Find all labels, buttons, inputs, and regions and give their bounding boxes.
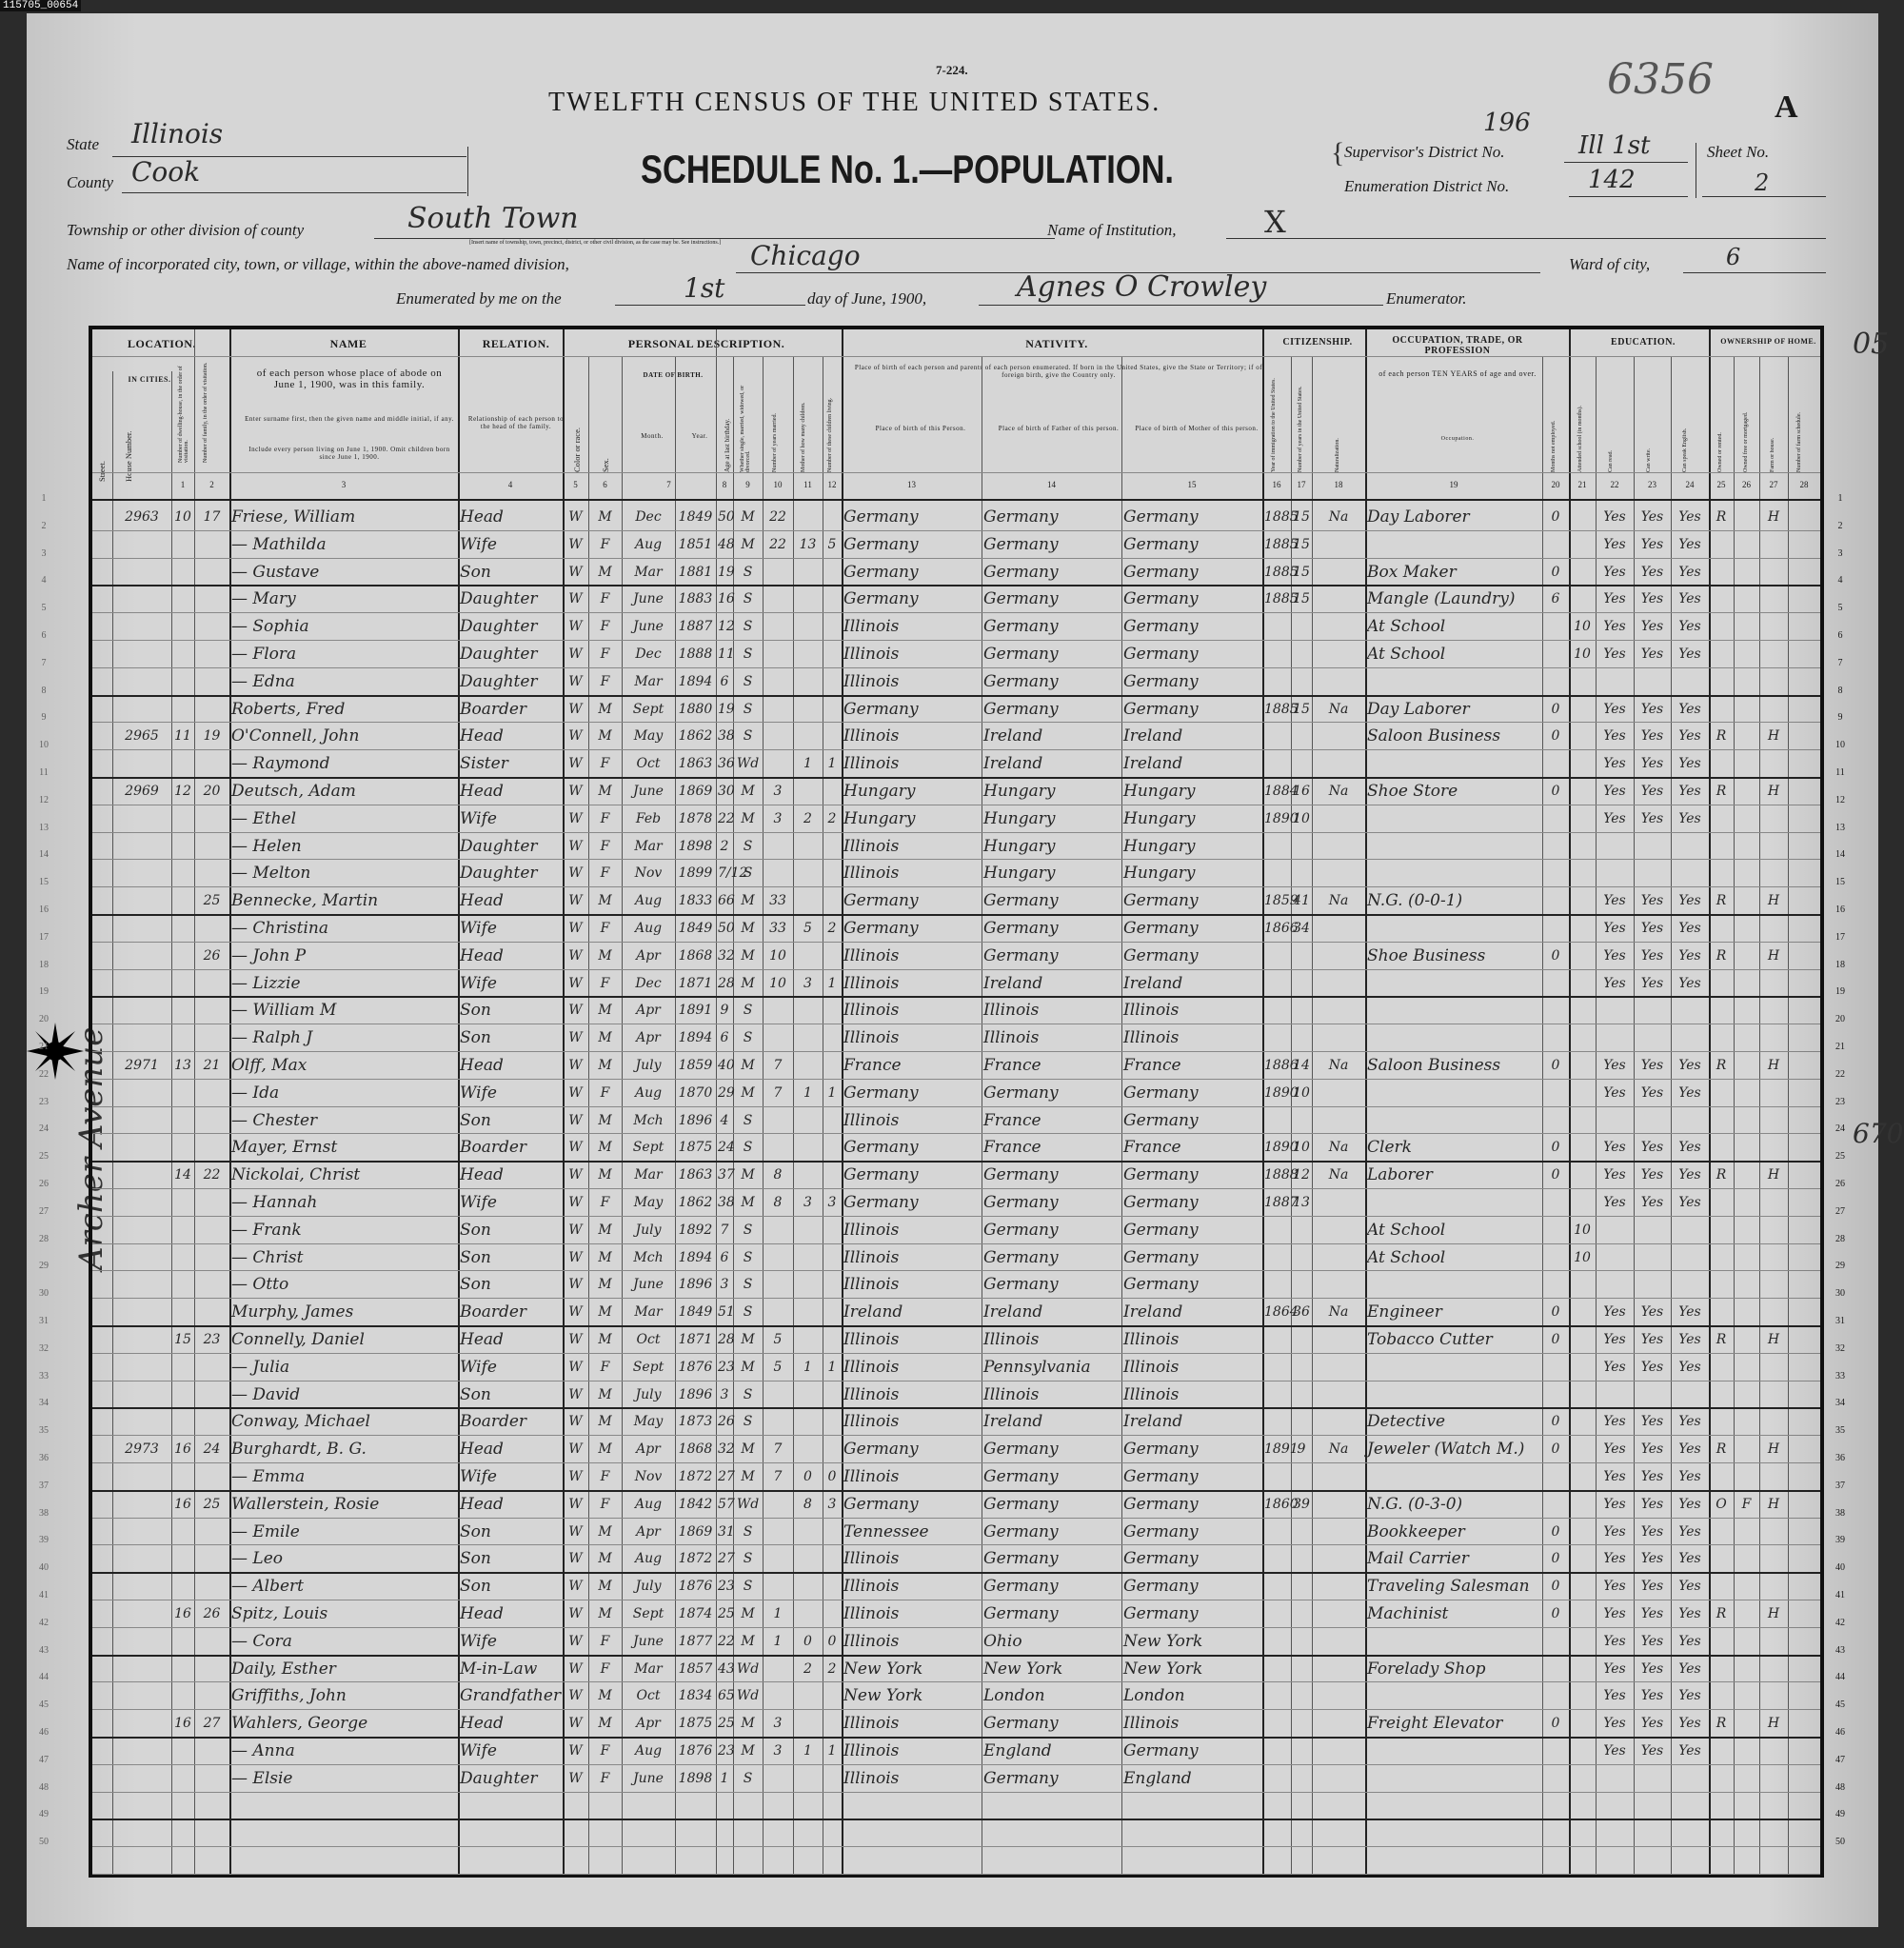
- cell-pob-mother: Germany: [1123, 503, 1260, 530]
- cell-occupation: [1367, 1188, 1540, 1216]
- cell-living: [824, 1600, 840, 1627]
- cell-year: 1851: [677, 530, 714, 558]
- cell-english: [1673, 1846, 1707, 1874]
- cell-marital: M: [735, 1051, 761, 1079]
- cell-school: [1571, 1600, 1594, 1627]
- line-number: 22: [1829, 1069, 1852, 1080]
- cell-unemp: [1544, 1737, 1567, 1764]
- cell-living: 0: [824, 1627, 840, 1655]
- cell-marital: M: [735, 1325, 761, 1353]
- cell-pob-father: Germany: [983, 1462, 1120, 1490]
- cell-yrs-married: 10: [764, 942, 791, 969]
- cell-free: [1735, 503, 1757, 530]
- hdr-house: House Number.: [125, 387, 133, 482]
- cell-color: W: [565, 667, 586, 695]
- cell-relation: Daughter: [460, 1764, 561, 1792]
- cell-school: [1571, 1819, 1594, 1846]
- cell-pob-mother: Illinois: [1123, 1024, 1260, 1051]
- cell-color: W: [565, 969, 586, 997]
- line-number-left: 18: [32, 960, 55, 970]
- cell-nat: [1314, 1381, 1363, 1408]
- cell-unemp: [1544, 1462, 1567, 1490]
- cell-free: [1735, 1188, 1757, 1216]
- cell-year: 1877: [677, 1627, 714, 1655]
- cell-relation: [460, 1846, 561, 1874]
- cell-read: Yes: [1597, 1709, 1632, 1737]
- table-row: — EthelWifeWFFeb187822M322HungaryHungary…: [92, 805, 1820, 832]
- line-number-left: 5: [32, 603, 55, 613]
- line-number: 29: [1829, 1261, 1852, 1271]
- cell-pob: Illinois: [843, 1462, 980, 1490]
- cell-yrs-married: [764, 1518, 791, 1545]
- cell-free: [1735, 942, 1757, 969]
- cell-relation: Wife: [460, 1353, 561, 1381]
- cell-pob-father: Germany: [983, 914, 1120, 942]
- cell-mother-of: 1: [795, 1737, 821, 1764]
- cell-marital: S: [735, 640, 761, 667]
- cell-occupation: [1367, 1079, 1540, 1106]
- cell-sex: M: [590, 1024, 620, 1051]
- cell-living: 5: [824, 530, 840, 558]
- cell-unemp: 0: [1544, 1161, 1567, 1188]
- cell-living: [824, 1846, 840, 1874]
- hdr-living: Number of these children living.: [827, 368, 833, 472]
- cell-occupation: Day Laborer: [1367, 695, 1540, 723]
- cell-sex: M: [590, 722, 620, 749]
- sheet-value: 2: [1755, 169, 1769, 196]
- cell-read: Yes: [1597, 1435, 1632, 1462]
- schedule-title: SCHEDULE No. 1.—POPULATION.: [641, 147, 1174, 192]
- cell-yrs-us: 13: [1293, 1188, 1310, 1216]
- line-number-left: 6: [32, 630, 55, 641]
- cell-sched: [1790, 1792, 1818, 1819]
- line-number: 15: [1829, 877, 1852, 887]
- group-personal: PERSONAL DESCRIPTION.: [568, 337, 844, 351]
- cell-name: — Emile: [231, 1518, 456, 1545]
- cell-mother-of: [795, 1846, 821, 1874]
- cell-owned: [1711, 1353, 1732, 1381]
- cell-house: [114, 1407, 169, 1435]
- cell-month: Apr: [624, 1518, 673, 1545]
- cell-family: [196, 612, 228, 640]
- cell-age: 4: [718, 1106, 731, 1134]
- cell-read: Yes: [1597, 886, 1632, 914]
- cell-free: [1735, 1572, 1757, 1600]
- cell-unemp: [1544, 1381, 1567, 1408]
- cell-dwelling: 16: [173, 1435, 192, 1462]
- cell-immig: [1264, 1325, 1289, 1353]
- cell-occupation: [1367, 1819, 1540, 1846]
- cell-sched: [1790, 722, 1818, 749]
- cell-read: Yes: [1597, 749, 1632, 777]
- cell-write: Yes: [1636, 1133, 1669, 1161]
- cell-year: 1883: [677, 585, 714, 612]
- cell-color: W: [565, 585, 586, 612]
- cell-mother-of: 8: [795, 1490, 821, 1518]
- cell-read: Yes: [1597, 1133, 1632, 1161]
- cell-name: Nickolai, Christ: [231, 1161, 456, 1188]
- cell-marital: S: [735, 1106, 761, 1134]
- column-number: 1: [169, 480, 197, 489]
- table-row: — GustaveSonWMMar188119SGermanyGermanyGe…: [92, 558, 1820, 586]
- cell-year: 1896: [677, 1381, 714, 1408]
- cell-english: Yes: [1673, 1298, 1707, 1325]
- column-number: 23: [1638, 480, 1667, 489]
- cell-yrs-us: [1293, 1024, 1310, 1051]
- cell-month: Dec: [624, 640, 673, 667]
- cell-color: W: [565, 1737, 586, 1764]
- cell-living: [824, 942, 840, 969]
- cell-free: [1735, 1024, 1757, 1051]
- line-number: 21: [1829, 1042, 1852, 1052]
- cell-age: 65: [718, 1681, 731, 1709]
- cell-write: Yes: [1636, 1709, 1669, 1737]
- cell-living: [824, 777, 840, 805]
- cell-sex: M: [590, 1051, 620, 1079]
- cell-pob-mother: [1123, 1792, 1260, 1819]
- cell-dwelling: [173, 695, 192, 723]
- cell-unemp: [1544, 1627, 1567, 1655]
- cell-immig: 1885: [1264, 695, 1289, 723]
- cell-month: Mar: [624, 1655, 673, 1682]
- cell-free: [1735, 1381, 1757, 1408]
- cell-pob-father: France: [983, 1106, 1120, 1134]
- cell-yrs-married: [764, 722, 791, 749]
- cell-marital: S: [735, 667, 761, 695]
- cell-dwelling: [173, 1353, 192, 1381]
- cell-school: [1571, 667, 1594, 695]
- cell-write: Yes: [1636, 558, 1669, 586]
- cell-pob: New York: [843, 1681, 980, 1709]
- line-number: 30: [1829, 1288, 1852, 1299]
- cell-yrs-us: 36: [1293, 1298, 1310, 1325]
- cell-nat: [1314, 1518, 1363, 1545]
- name-note1: Enter surname first, then the given name…: [245, 415, 454, 423]
- cell-immig: [1264, 1243, 1289, 1271]
- cell-age: 32: [718, 942, 731, 969]
- cell-school: [1571, 1462, 1594, 1490]
- cell-school: 10: [1571, 1216, 1594, 1243]
- cell-color: W: [565, 1161, 586, 1188]
- cell-yrs-married: 7: [764, 1079, 791, 1106]
- cell-mother-of: [795, 1106, 821, 1134]
- line-number: 49: [1829, 1809, 1852, 1819]
- cell-owned: R: [1711, 886, 1732, 914]
- cell-sched: [1790, 914, 1818, 942]
- cell-farm: [1761, 640, 1786, 667]
- line-number-left: 46: [32, 1727, 55, 1738]
- cell-yrs-us: [1293, 1243, 1310, 1271]
- cell-marital: S: [735, 695, 761, 723]
- cell-pob-mother: Germany: [1123, 1737, 1260, 1764]
- cell-pob-father: [983, 1792, 1120, 1819]
- cell-name: — Edna: [231, 667, 456, 695]
- cell-sched: [1790, 1051, 1818, 1079]
- cell-immig: 1884: [1264, 777, 1289, 805]
- cell-living: 1: [824, 749, 840, 777]
- margin-note-top: 05: [1853, 328, 1889, 361]
- cell-marital: S: [735, 585, 761, 612]
- cell-yrs-us: [1293, 749, 1310, 777]
- cell-mother-of: [795, 859, 821, 886]
- cell-color: W: [565, 859, 586, 886]
- cell-color: W: [565, 1051, 586, 1079]
- cell-pob: [843, 1846, 980, 1874]
- cell-immig: [1264, 1381, 1289, 1408]
- cell-free: [1735, 1792, 1757, 1819]
- cell-unemp: [1544, 1819, 1567, 1846]
- cell-year: 1898: [677, 832, 714, 860]
- cell-family: [196, 859, 228, 886]
- cell-yrs-married: [764, 640, 791, 667]
- cell-nat: [1314, 1819, 1363, 1846]
- cell-unemp: 0: [1544, 1133, 1567, 1161]
- cell-farm: H: [1761, 1161, 1786, 1188]
- cell-age: 19: [718, 558, 731, 586]
- cell-nat: [1314, 859, 1363, 886]
- cell-year: 1891: [677, 996, 714, 1024]
- cell-unemp: [1544, 1764, 1567, 1792]
- cell-owned: [1711, 1133, 1732, 1161]
- header-rule: [92, 499, 1820, 501]
- cell-house: 2971: [114, 1051, 169, 1079]
- cell-pob-mother: New York: [1123, 1655, 1260, 1682]
- cell-pob-father: London: [983, 1681, 1120, 1709]
- cell-sex: F: [590, 1627, 620, 1655]
- cell-school: [1571, 1353, 1594, 1381]
- table-row: 29651119O'Connell, JohnHeadWMMay186238SI…: [92, 722, 1820, 749]
- cell-marital: S: [735, 722, 761, 749]
- cell-pob-mother: Germany: [1123, 1270, 1260, 1298]
- cell-nat: [1314, 1353, 1363, 1381]
- cell-relation: Boarder: [460, 1407, 561, 1435]
- cell-pob: Germany: [843, 558, 980, 586]
- cell-relation: Wife: [460, 1188, 561, 1216]
- cell-read: Yes: [1597, 695, 1632, 723]
- cell-pob: Germany: [843, 1133, 980, 1161]
- cell-unemp: [1544, 914, 1567, 942]
- line-number-left: 10: [32, 740, 55, 750]
- cell-living: 0: [824, 1462, 840, 1490]
- cell-name: Bennecke, Martin: [231, 886, 456, 914]
- cell-sex: M: [590, 1381, 620, 1408]
- cell-pob: Illinois: [843, 942, 980, 969]
- line-number: 12: [1829, 795, 1852, 805]
- cell-month: Dec: [624, 503, 673, 530]
- cell-age: 6: [718, 1024, 731, 1051]
- cell-farm: [1761, 1106, 1786, 1134]
- cell-yrs-us: [1293, 612, 1310, 640]
- cell-marital: M: [735, 914, 761, 942]
- cell-write: [1636, 1792, 1669, 1819]
- cell-year: 1859: [677, 1051, 714, 1079]
- cell-occupation: Machinist: [1367, 1600, 1540, 1627]
- cell-farm: [1761, 805, 1786, 832]
- cell-farm: [1761, 1243, 1786, 1271]
- line-number: 2: [1829, 521, 1852, 531]
- cell-english: Yes: [1673, 1133, 1707, 1161]
- cell-sched: [1790, 1024, 1818, 1051]
- cell-occupation: [1367, 832, 1540, 860]
- cell-house: 2963: [114, 503, 169, 530]
- cell-relation: Head: [460, 1709, 561, 1737]
- cell-sched: [1790, 1298, 1818, 1325]
- table-row: — DavidSonWMJuly18963SIllinoisIllinoisIl…: [92, 1381, 1820, 1408]
- cell-nat: [1314, 1490, 1363, 1518]
- cell-mother-of: [795, 832, 821, 860]
- cell-school: [1571, 1024, 1594, 1051]
- cell-owned: [1711, 1572, 1732, 1600]
- cell-yrs-married: 1: [764, 1600, 791, 1627]
- cell-age: 40: [718, 1051, 731, 1079]
- column-number: 15: [1178, 480, 1206, 489]
- cell-relation: Head: [460, 1435, 561, 1462]
- cell-immig: [1264, 1846, 1289, 1874]
- cell-dwelling: [173, 667, 192, 695]
- cell-relation: [460, 1819, 561, 1846]
- cell-read: [1597, 1106, 1632, 1134]
- table-row: 29691220Deutsch, AdamHeadWMJune186930M3H…: [92, 777, 1820, 805]
- cell-immig: [1264, 1353, 1289, 1381]
- cell-unemp: [1544, 832, 1567, 860]
- cell-english: Yes: [1673, 1544, 1707, 1572]
- cell-name: Friese, William: [231, 503, 456, 530]
- cell-pob: Illinois: [843, 859, 980, 886]
- cell-sched: [1790, 1544, 1818, 1572]
- cell-read: Yes: [1597, 942, 1632, 969]
- table-row: — RaymondSisterWFOct186336Wd11IllinoisIr…: [92, 749, 1820, 777]
- cell-immig: [1264, 1407, 1289, 1435]
- cell-month: Aug: [624, 914, 673, 942]
- cell-year: 1871: [677, 969, 714, 997]
- cell-pob: Ireland: [843, 1298, 980, 1325]
- cell-immig: 1890: [1264, 1079, 1289, 1106]
- cell-year: 1881: [677, 558, 714, 586]
- cell-yrs-married: [764, 749, 791, 777]
- cell-write: [1636, 1024, 1669, 1051]
- cell-pob-mother: Germany: [1123, 1188, 1260, 1216]
- cell-house: [114, 1325, 169, 1353]
- cell-name: Connelly, Daniel: [231, 1325, 456, 1353]
- cell-yrs-married: [764, 1407, 791, 1435]
- cell-school: [1571, 914, 1594, 942]
- cell-yrs-married: 3: [764, 777, 791, 805]
- cell-nat: [1314, 1106, 1363, 1134]
- cell-unemp: [1544, 886, 1567, 914]
- line-number: 9: [1829, 712, 1852, 723]
- cell-marital: S: [735, 1133, 761, 1161]
- cell-color: W: [565, 1325, 586, 1353]
- cell-owned: [1711, 859, 1732, 886]
- cell-yrs-us: [1293, 1407, 1310, 1435]
- cell-yrs-us: [1293, 640, 1310, 667]
- line-number-left: 32: [32, 1343, 55, 1354]
- cell-sex: M: [590, 1681, 620, 1709]
- cell-pob-mother: New York: [1123, 1627, 1260, 1655]
- cell-free: [1735, 530, 1757, 558]
- cell-family: [196, 1819, 228, 1846]
- cell-read: [1597, 1846, 1632, 1874]
- cell-yrs-us: [1293, 1764, 1310, 1792]
- enumerated-suffix: day of June, 1900,: [807, 289, 926, 308]
- cell-yrs-married: [764, 1298, 791, 1325]
- cell-house: [114, 1161, 169, 1188]
- cell-pob-father: Germany: [983, 640, 1120, 667]
- cell-age: 57: [718, 1490, 731, 1518]
- cell-sched: [1790, 558, 1818, 586]
- table-row: — ChesterSonWMMch18964SIllinoisFranceGer…: [92, 1106, 1820, 1134]
- cell-sex: F: [590, 1353, 620, 1381]
- cell-school: [1571, 969, 1594, 997]
- cell-free: [1735, 1161, 1757, 1188]
- cell-family: [196, 1024, 228, 1051]
- cell-year: 1869: [677, 777, 714, 805]
- line-number-left: 34: [32, 1398, 55, 1408]
- group-location: LOCATION.: [92, 337, 231, 351]
- cell-free: [1735, 1243, 1757, 1271]
- cell-owned: [1711, 585, 1732, 612]
- cell-owned: [1711, 1298, 1732, 1325]
- cell-pob: Tennessee: [843, 1518, 980, 1545]
- cell-english: Yes: [1673, 805, 1707, 832]
- cell-yrs-us: [1293, 1270, 1310, 1298]
- cell-name: Wahlers, George: [231, 1709, 456, 1737]
- cell-write: Yes: [1636, 777, 1669, 805]
- cell-occupation: Freight Elevator: [1367, 1709, 1540, 1737]
- cell-nat: Na: [1314, 1298, 1363, 1325]
- cell-owned: [1711, 805, 1732, 832]
- cell-dwelling: 16: [173, 1709, 192, 1737]
- line-number: 14: [1829, 849, 1852, 860]
- cell-month: May: [624, 1188, 673, 1216]
- cell-month: Feb: [624, 805, 673, 832]
- hdr-family: Number of family, in the order of visita…: [203, 358, 208, 463]
- cell-month: June: [624, 1627, 673, 1655]
- line-number-left: 26: [32, 1179, 55, 1189]
- cell-dwelling: [173, 996, 192, 1024]
- cell-nat: [1314, 640, 1363, 667]
- cell-sched: [1790, 640, 1818, 667]
- cell-immig: 1890: [1264, 1133, 1289, 1161]
- cell-yrs-us: [1293, 1381, 1310, 1408]
- cell-read: Yes: [1597, 1079, 1632, 1106]
- cell-age: 11: [718, 640, 731, 667]
- cell-yrs-married: 3: [764, 1737, 791, 1764]
- cell-color: W: [565, 1353, 586, 1381]
- line-number: 20: [1829, 1014, 1852, 1024]
- cell-age: 36: [718, 749, 731, 777]
- cell-pob-mother: Ireland: [1123, 722, 1260, 749]
- cell-nat: [1314, 1709, 1363, 1737]
- line-number-left: 2: [32, 521, 55, 531]
- table-row: 1422Nickolai, ChristHeadWMMar186337M8Ger…: [92, 1161, 1820, 1188]
- cell-family: [196, 914, 228, 942]
- cell-yrs-us: [1293, 832, 1310, 860]
- table-row: Roberts, FredBoarderWMSept188019SGermany…: [92, 695, 1820, 723]
- cell-family: [196, 1106, 228, 1134]
- cell-english: Yes: [1673, 503, 1707, 530]
- cell-nat: [1314, 1737, 1363, 1764]
- cell-occupation: Traveling Salesman: [1367, 1572, 1540, 1600]
- cell-occupation: Tobacco Cutter: [1367, 1325, 1540, 1353]
- line-number-left: 23: [32, 1097, 55, 1107]
- cell-name: — Ralph J: [231, 1024, 456, 1051]
- cell-farm: [1761, 530, 1786, 558]
- cell-family: [196, 1381, 228, 1408]
- cell-year: 1872: [677, 1544, 714, 1572]
- cell-yrs-us: [1293, 1106, 1310, 1134]
- cell-age: 50: [718, 503, 731, 530]
